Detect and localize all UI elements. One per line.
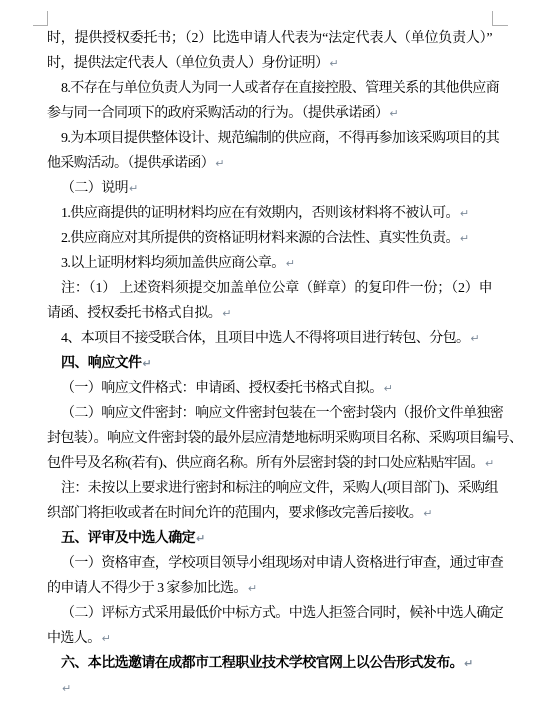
text-line: （一）资格审查，学校项目领导小组现场对申请人资格进行审查，通过审查 — [47, 551, 492, 576]
line-text: （一）响应文件格式：申请函、授权委托书格式自拟。 — [61, 381, 383, 396]
line-text: 时，提供授权委托书；（2）比选申请人代表为“法定代表人（单位负责人）” — [47, 31, 492, 46]
paragraph-mark-icon: ↵ — [389, 107, 398, 120]
line-text: 请函、授权委托书格式自拟。 — [47, 306, 221, 321]
text-line: 四、响应文件↵ — [47, 351, 492, 376]
text-line: 时，提供法定代表人（单位负责人）身份证明）↵ — [47, 51, 492, 76]
text-line: 9.为本项目提供整体设计、规范编制的供应商，不得再参加该采购项目的其 — [47, 126, 492, 151]
text-line: 8.不存在与单位负责人为同一人或者存在直接控股、管理关系的其他供应商 — [47, 76, 492, 101]
paragraph-mark-icon: ↵ — [423, 507, 432, 520]
line-text: （二）说明 — [61, 181, 128, 196]
paragraph-mark-icon: ↵ — [384, 382, 393, 395]
line-text: 六、本比选邀请在成都市工程职业技术学校官网上以公告形式发布。 — [61, 656, 463, 671]
paragraph-mark-icon: ↵ — [62, 682, 71, 695]
text-line: 中选人。↵ — [47, 626, 492, 651]
text-line: 注：（1） 上述资料须提交加盖单位公章（鲜章）的复印件一份；（2）申 — [47, 276, 492, 301]
text-line: 注：未按以上要求进行密封和标注的响应文件，采购人(项目部门)、采购组 — [47, 476, 492, 501]
text-line: 封包装）。响应文件密封袋的最外层应清楚地标明采购项目名称、采购项目编号、 — [47, 426, 492, 451]
line-text: 2.供应商应对其所提供的资格证明材料来源的合法性、真实性负责。 — [61, 231, 459, 246]
text-line: 3.以上证明材料均须加盖供应商公章。↵ — [47, 251, 492, 276]
text-line: 的申请人不得少于 3 家参加比选。↵ — [47, 576, 492, 601]
paragraph-mark-icon: ↵ — [196, 532, 205, 545]
line-text: （二）响应文件密封：响应文件密封包装在一个密封袋内（报价文件单独密 — [61, 406, 503, 421]
text-line: 六、本比选邀请在成都市工程职业技术学校官网上以公告形式发布。↵ — [47, 651, 492, 676]
line-text: 4、本项目不接受联合体，且项目中选人不得将项目进行转包、分包。 — [61, 331, 469, 346]
paragraph-mark-icon: ↵ — [286, 257, 295, 270]
paragraph-mark-icon: ↵ — [485, 457, 494, 470]
line-text: 注：（1） 上述资料须提交加盖单位公章（鲜章）的复印件一份；（2）申 — [61, 281, 492, 296]
line-text: 时，提供法定代表人（单位负责人）身份证明） — [47, 56, 328, 71]
line-text: 1.供应商提供的证明材料均应在有效期内，否则该材料将不被认可。 — [61, 206, 459, 221]
line-text: （一）资格审查，学校项目领导小组现场对申请人资格进行审查，通过审查 — [61, 556, 503, 571]
line-text: 8.不存在与单位负责人为同一人或者存在直接控股、管理关系的其他供应商 — [61, 81, 499, 96]
line-text: 织部门将拒收或者在时间允许的范围内，要求修改完善后接收。 — [47, 506, 422, 521]
line-text: 3.以上证明材料均须加盖供应商公章。 — [61, 256, 285, 271]
paragraph-mark-icon: ↵ — [129, 182, 138, 195]
document-page: 时，提供授权委托书；（2）比选申请人代表为“法定代表人（单位负责人）”时，提供法… — [0, 0, 543, 708]
paragraph-mark-icon: ↵ — [470, 332, 479, 345]
text-line: 五、评审及中选人确定↵ — [47, 526, 492, 551]
text-line: 请函、授权委托书格式自拟。↵ — [47, 301, 492, 326]
text-line: （二）响应文件密封：响应文件密封包装在一个密封袋内（报价文件单独密 — [47, 401, 492, 426]
line-text: 五、评审及中选人确定 — [61, 531, 195, 546]
crop-mark-top-left — [33, 11, 48, 26]
text-line: （一）响应文件格式：申请函、授权委托书格式自拟。↵ — [47, 376, 492, 401]
line-text: 封包装）。响应文件密封袋的最外层应清楚地标明采购项目名称、采购项目编号、 — [47, 431, 522, 446]
text-line: 包件号及名称(若有)、供应商名称。所有外层密封袋的封口处应粘贴牢固。↵ — [47, 451, 492, 476]
text-line: （二）说明↵ — [47, 176, 492, 201]
paragraph-mark-icon: ↵ — [102, 632, 111, 645]
text-area: 时，提供授权委托书；（2）比选申请人代表为“法定代表人（单位负责人）”时，提供法… — [47, 26, 492, 701]
text-line: ↵ — [47, 676, 492, 701]
line-text: （二）评标方式采用最低价中标方式。中选人拒签合同时，候补中选人确定 — [61, 606, 503, 621]
paragraph-mark-icon: ↵ — [215, 157, 224, 170]
text-line: 参与同一合同项下的政府采购活动的行为。（提供承诺函）↵ — [47, 101, 492, 126]
paragraph-mark-icon: ↵ — [248, 582, 257, 595]
paragraph-mark-icon: ↵ — [142, 357, 151, 370]
paragraph-mark-icon: ↵ — [222, 307, 231, 320]
line-text: 注：未按以上要求进行密封和标注的响应文件，采购人(项目部门)、采购组 — [61, 481, 498, 496]
paragraph-mark-icon: ↵ — [329, 57, 338, 70]
paragraph-mark-icon: ↵ — [460, 207, 469, 220]
text-line: 1.供应商提供的证明材料均应在有效期内，否则该材料将不被认可。↵ — [47, 201, 492, 226]
line-text: 四、响应文件 — [61, 356, 141, 371]
line-text: 包件号及名称(若有)、供应商名称。所有外层密封袋的封口处应粘贴牢固。 — [47, 456, 484, 471]
crop-mark-top-right — [492, 11, 508, 26]
text-line: 织部门将拒收或者在时间允许的范围内，要求修改完善后接收。↵ — [47, 501, 492, 526]
text-line: （二）评标方式采用最低价中标方式。中选人拒签合同时，候补中选人确定 — [47, 601, 492, 626]
line-text: 的申请人不得少于 3 家参加比选。 — [47, 581, 247, 596]
text-line: 时，提供授权委托书；（2）比选申请人代表为“法定代表人（单位负责人）” — [47, 26, 492, 51]
text-line: 2.供应商应对其所提供的资格证明材料来源的合法性、真实性负责。↵ — [47, 226, 492, 251]
line-text: 中选人。 — [47, 631, 101, 646]
paragraph-mark-icon: ↵ — [460, 232, 469, 245]
text-line: 他采购活动。（提供承诺函）↵ — [47, 151, 492, 176]
paragraph-mark-icon: ↵ — [464, 657, 473, 670]
text-line: 4、本项目不接受联合体，且项目中选人不得将项目进行转包、分包。↵ — [47, 326, 492, 351]
line-text: 9.为本项目提供整体设计、规范编制的供应商，不得再参加该采购项目的其 — [61, 131, 499, 146]
line-text: 参与同一合同项下的政府采购活动的行为。（提供承诺函） — [47, 106, 388, 121]
line-text: 他采购活动。（提供承诺函） — [47, 156, 214, 171]
